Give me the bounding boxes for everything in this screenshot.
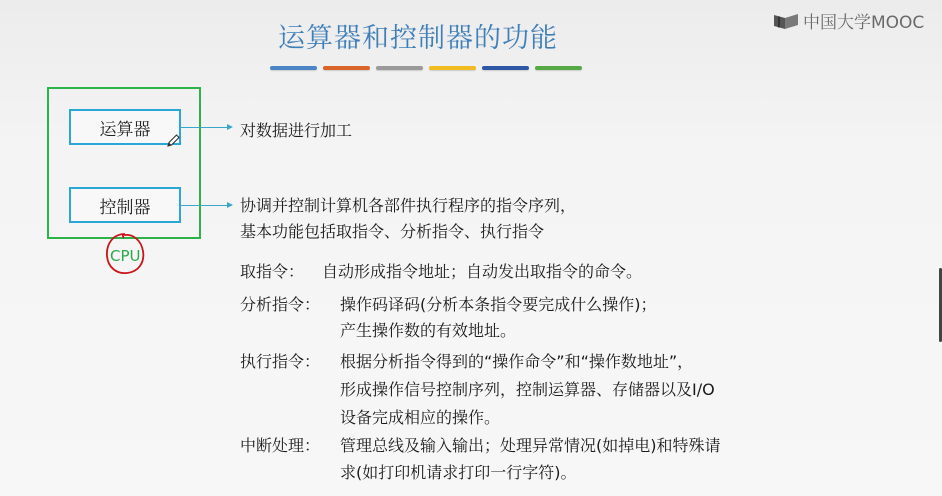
cpu-label: CPU <box>110 247 141 265</box>
mooc-logo: 中国大学MOOC <box>773 8 924 33</box>
interrupt-label: 中断处理： <box>240 433 320 456</box>
execute-line-1: 根据分析指令得到的“操作命令”和“操作数地址”， <box>340 349 693 372</box>
decode-line-2: 产生操作数的有效地址。 <box>340 318 516 341</box>
pencil-cursor-icon <box>165 133 181 149</box>
divider-bar-gray <box>376 66 423 70</box>
execute-line-2: 形成操作信号控制序列，控制运算器、存储器以及I/O <box>340 377 715 400</box>
execute-label: 执行指令： <box>240 349 320 372</box>
logo-text: 中国大学MOOC <box>803 8 924 33</box>
interrupt-line-1: 管理总线及输入输出；处理异常情况(如掉电)和特殊请 <box>340 433 721 456</box>
mooc-book-icon <box>773 12 799 30</box>
slide-title: 运算器和控制器的功能 <box>278 16 558 55</box>
execute-line-3: 设备完成相应的操作。 <box>340 405 500 428</box>
fetch-label: 取指令： <box>240 259 304 282</box>
alu-label: 运算器 <box>100 115 151 140</box>
control-unit-arrow <box>181 205 228 206</box>
alu-arrow <box>181 127 228 128</box>
color-divider <box>270 66 582 70</box>
control-unit-label: 控制器 <box>100 193 151 218</box>
decode-label: 分析指令： <box>240 292 320 315</box>
divider-bar-yellow <box>429 66 476 70</box>
alu-description: 对数据进行加工 <box>240 118 352 141</box>
divider-bar-orange <box>323 66 370 70</box>
divider-bar-blue <box>270 66 317 70</box>
divider-bar-green <box>535 66 582 70</box>
decode-line-1: 操作码译码(分析本条指令要完成什么操作)； <box>340 292 657 315</box>
interrupt-line-2: 求(如打印机请求打印一行字符)。 <box>340 460 577 483</box>
control-unit-box: 控制器 <box>69 187 181 223</box>
control-unit-basic-functions: 基本功能包括取指令、分析指令、执行指令 <box>240 219 544 242</box>
divider-bar-navy <box>482 66 529 70</box>
control-unit-description: 协调并控制计算机各部件执行程序的指令序列， <box>240 193 576 216</box>
fetch-line-1: 自动形成指令地址；自动发出取指令的命令。 <box>322 259 642 282</box>
